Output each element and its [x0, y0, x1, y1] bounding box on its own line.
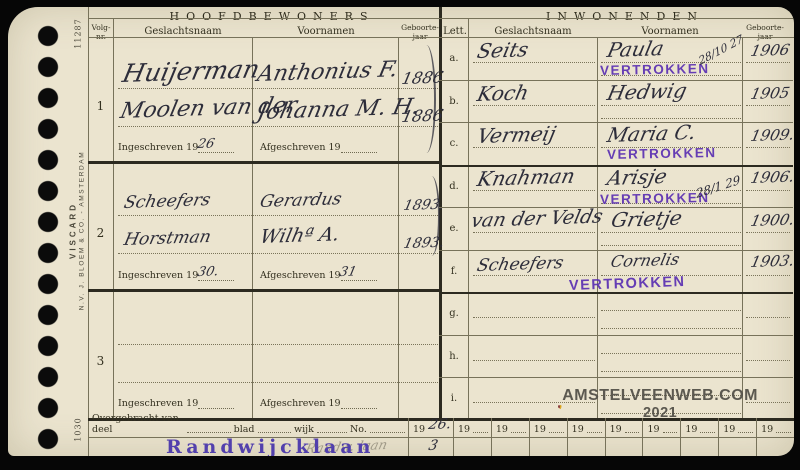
shield-checks: [558, 406, 560, 408]
inwonenden-row-a: a. Seits Paula 1906 VERTROKKEN 28/10 27: [439, 37, 793, 81]
surname-entry: Koch: [475, 80, 531, 106]
serial-number-top: 11287: [74, 16, 83, 52]
inwonenden-row-b: b. Koch Hedwig 1905: [439, 80, 793, 124]
write-line: [473, 360, 595, 361]
surname-entry: Scheefers: [475, 253, 565, 276]
row-letter: d.: [443, 181, 465, 192]
surname-entry: Vermeij: [475, 121, 558, 148]
empty-cell: [680, 438, 718, 456]
empty-cell: [756, 438, 794, 456]
firstnames-entry: Johanna M. H.: [255, 94, 422, 125]
watermark-year: 2021: [562, 405, 758, 422]
row-letter: h.: [443, 351, 465, 362]
afgeschreven-label: Afgeschreven 19: [260, 270, 377, 281]
surname-entry: Seits: [475, 37, 531, 63]
watermark-site: AMSTELVEENWEB.COM: [562, 387, 758, 405]
write-line: [473, 317, 595, 318]
ingeschreven-value: 30.: [196, 264, 220, 280]
wijk-label: wijk: [294, 424, 314, 435]
write-line: [601, 118, 741, 119]
write-line: [118, 253, 438, 254]
hoofdbewoners-block-3: 3 Ingeschreven 19 Afgeschreven 19: [88, 290, 440, 418]
birthyear-entry: 1900.: [749, 211, 794, 230]
write-line: [746, 105, 790, 106]
no-label: No.: [350, 424, 367, 435]
write-line: [746, 147, 790, 148]
write-line: [118, 344, 438, 345]
empty-cell: [529, 438, 567, 456]
birthyear-entry: 1906.: [749, 167, 794, 186]
vertrokken-stamp: VERTROKKEN: [607, 145, 717, 162]
year-prefix: 19: [458, 424, 470, 435]
firstnames-entry: Grietje: [609, 206, 685, 232]
birthyear-entry: 1906: [749, 41, 791, 60]
year-cell-first: 19 26.: [408, 418, 453, 437]
surname-entry: van der Velds: [469, 205, 605, 232]
col-voornamen-right: Voornamen: [597, 26, 743, 37]
write-line: [601, 310, 741, 311]
write-line: [601, 371, 741, 372]
surname-entry: Knahman: [475, 163, 577, 190]
surname-entry: Horstman: [122, 227, 213, 250]
ingeschreven-label: Ingeschreven 19: [118, 398, 234, 409]
address-cell: Randw. laan Randwijcklaan: [88, 438, 408, 456]
hoofdbewoners-title: HOOFDBEWONERS: [96, 10, 448, 23]
year-cell: 19: [756, 418, 794, 437]
write-line: [601, 328, 741, 329]
firstnames-entry: Anthonius F.: [255, 57, 400, 87]
write-line: [746, 232, 790, 233]
col-voornamen-left: Voornamen: [253, 26, 399, 37]
year-cell: 19: [453, 418, 491, 437]
year-prefix: 19: [413, 424, 425, 435]
empty-cell: [718, 438, 756, 456]
empty-cell: [605, 438, 643, 456]
write-line: [118, 88, 438, 89]
scan-background: 11287 VISCARD N.V. J. BLOEM & CO. - AMST…: [0, 0, 800, 470]
write-line: [746, 190, 790, 191]
blad-label: blad: [234, 424, 255, 435]
watermark-text: AMSTELVEENWEB.COM 2021: [562, 387, 758, 422]
birthyear-entry: 1909.: [749, 126, 794, 145]
vertrokken-stamp: VERTROKKEN: [600, 61, 710, 78]
hoofdbewoners-block-2: 2 Scheefers Gerardus 1893. Horstman Wilh…: [88, 162, 440, 289]
street-name-stamp: Randwijcklaan: [166, 436, 374, 456]
col-lett: Lett.: [441, 26, 469, 37]
write-line: [601, 353, 741, 354]
year-prefix: 19: [761, 424, 773, 435]
inwonenden-row-c: c. Vermeij Maria C. 1909. VERTROKKEN: [439, 122, 793, 167]
afgeschreven-value: 31: [338, 264, 358, 280]
write-line: [601, 105, 741, 106]
house-number-value: 3: [427, 438, 439, 454]
year-cell: 19: [491, 418, 529, 437]
firstnames-entry: Arisje: [605, 163, 669, 189]
firstnames-entry: Hedwig: [605, 78, 689, 105]
empty-cell: [567, 438, 605, 456]
col-geslachtsnaam-right: Geslachtsnaam: [469, 26, 597, 37]
row-letter: i.: [443, 393, 465, 404]
write-line: [473, 232, 595, 233]
write-line: [746, 62, 790, 63]
empty-cell: [453, 438, 491, 456]
block-number: 1: [88, 99, 113, 113]
block-number: 3: [88, 354, 113, 368]
row-letter: c.: [443, 138, 465, 149]
printer-address: N.V. J. BLOEM & CO. - AMSTERDAM: [79, 126, 86, 336]
firstnames-entry: Paula: [605, 36, 666, 62]
printer-imprint: VISCARD N.V. J. BLOEM & CO. - AMSTERDAM: [69, 126, 86, 336]
surname-entry: Scheefers: [122, 190, 212, 213]
firstnames-entry: Maria C.: [605, 120, 698, 147]
serial-number-bottom: 1030: [74, 412, 83, 448]
firstnames-entry: Cornelis: [609, 249, 681, 270]
inwonenden-row-h: h.: [439, 335, 793, 379]
ingeschreven-value: 26: [196, 136, 216, 152]
firstnames-entry: Gerardus: [258, 189, 344, 212]
inwonenden-row-g: g.: [439, 292, 793, 336]
inwonenden-row-e: e. van der Velds Grietje 1900.: [439, 207, 793, 251]
row-letter: g.: [443, 308, 465, 319]
birthyear-entry: 1903.: [749, 251, 794, 270]
write-line: [746, 275, 790, 276]
ingeschreven-label: Ingeschreven 19: [118, 142, 234, 153]
write-line: [746, 317, 790, 318]
year-value: 26.: [427, 416, 453, 433]
row-letter: b.: [443, 96, 465, 107]
write-line: [601, 232, 741, 233]
write-line: [118, 215, 438, 216]
afgeschreven-label: Afgeschreven 19: [260, 398, 377, 409]
row-letter: e.: [443, 223, 465, 234]
birthyear-entry: 1905: [749, 83, 791, 102]
inwonenden-row-f: f. Scheefers Cornelis 1903. VERTROKKEN: [439, 250, 793, 295]
transfer-cell: Overgebracht van deel blad wijk No.: [88, 418, 408, 437]
surname-entry: Huijerman: [120, 54, 262, 88]
inwonenden-row-d: d. Knahman Arisje 1906. VERTROKKEN 28/1 …: [439, 165, 793, 209]
register-card: 11287 VISCARD N.V. J. BLOEM & CO. - AMST…: [8, 7, 794, 456]
write-line: [118, 382, 438, 383]
empty-cell: [491, 438, 529, 456]
hoofdbewoners-block-1: 1 Huijerman Anthonius F. 1886 Moolen van…: [88, 37, 440, 161]
write-line: [118, 126, 438, 127]
punch-holes: [37, 25, 59, 455]
printer-name: VISCARD: [69, 126, 78, 336]
transfer-label: Overgebracht van deel: [92, 413, 184, 435]
block-number: 2: [88, 226, 113, 240]
write-line: [601, 245, 741, 246]
house-number-cell: 3: [408, 438, 453, 456]
departure-date-note: 28/1 29: [696, 172, 741, 200]
grid-line: [88, 18, 794, 19]
year-prefix: 19: [534, 424, 546, 435]
amstelveenweb-watermark: AMSTELVEENWEB.COM 2021: [558, 387, 758, 427]
vertrokken-stamp: VERTROKKEN: [600, 190, 710, 207]
vertrokken-stamp: VERTROKKEN: [569, 273, 686, 293]
afgeschreven-label: Afgeschreven 19: [260, 142, 377, 153]
write-line: [746, 360, 790, 361]
row-letter: f.: [443, 266, 465, 277]
inwonenden-title: INWONENDEN: [448, 10, 794, 23]
row-letter: a.: [443, 53, 465, 64]
firstnames-entry: Wilhª A.: [258, 223, 342, 248]
ink-flourish: [420, 45, 436, 153]
col-geslachtsnaam-left: Geslachtsnaam: [114, 26, 252, 37]
year-prefix: 19: [496, 424, 508, 435]
address-row: Randw. laan Randwijcklaan 3: [88, 438, 794, 456]
empty-cell: [642, 438, 680, 456]
